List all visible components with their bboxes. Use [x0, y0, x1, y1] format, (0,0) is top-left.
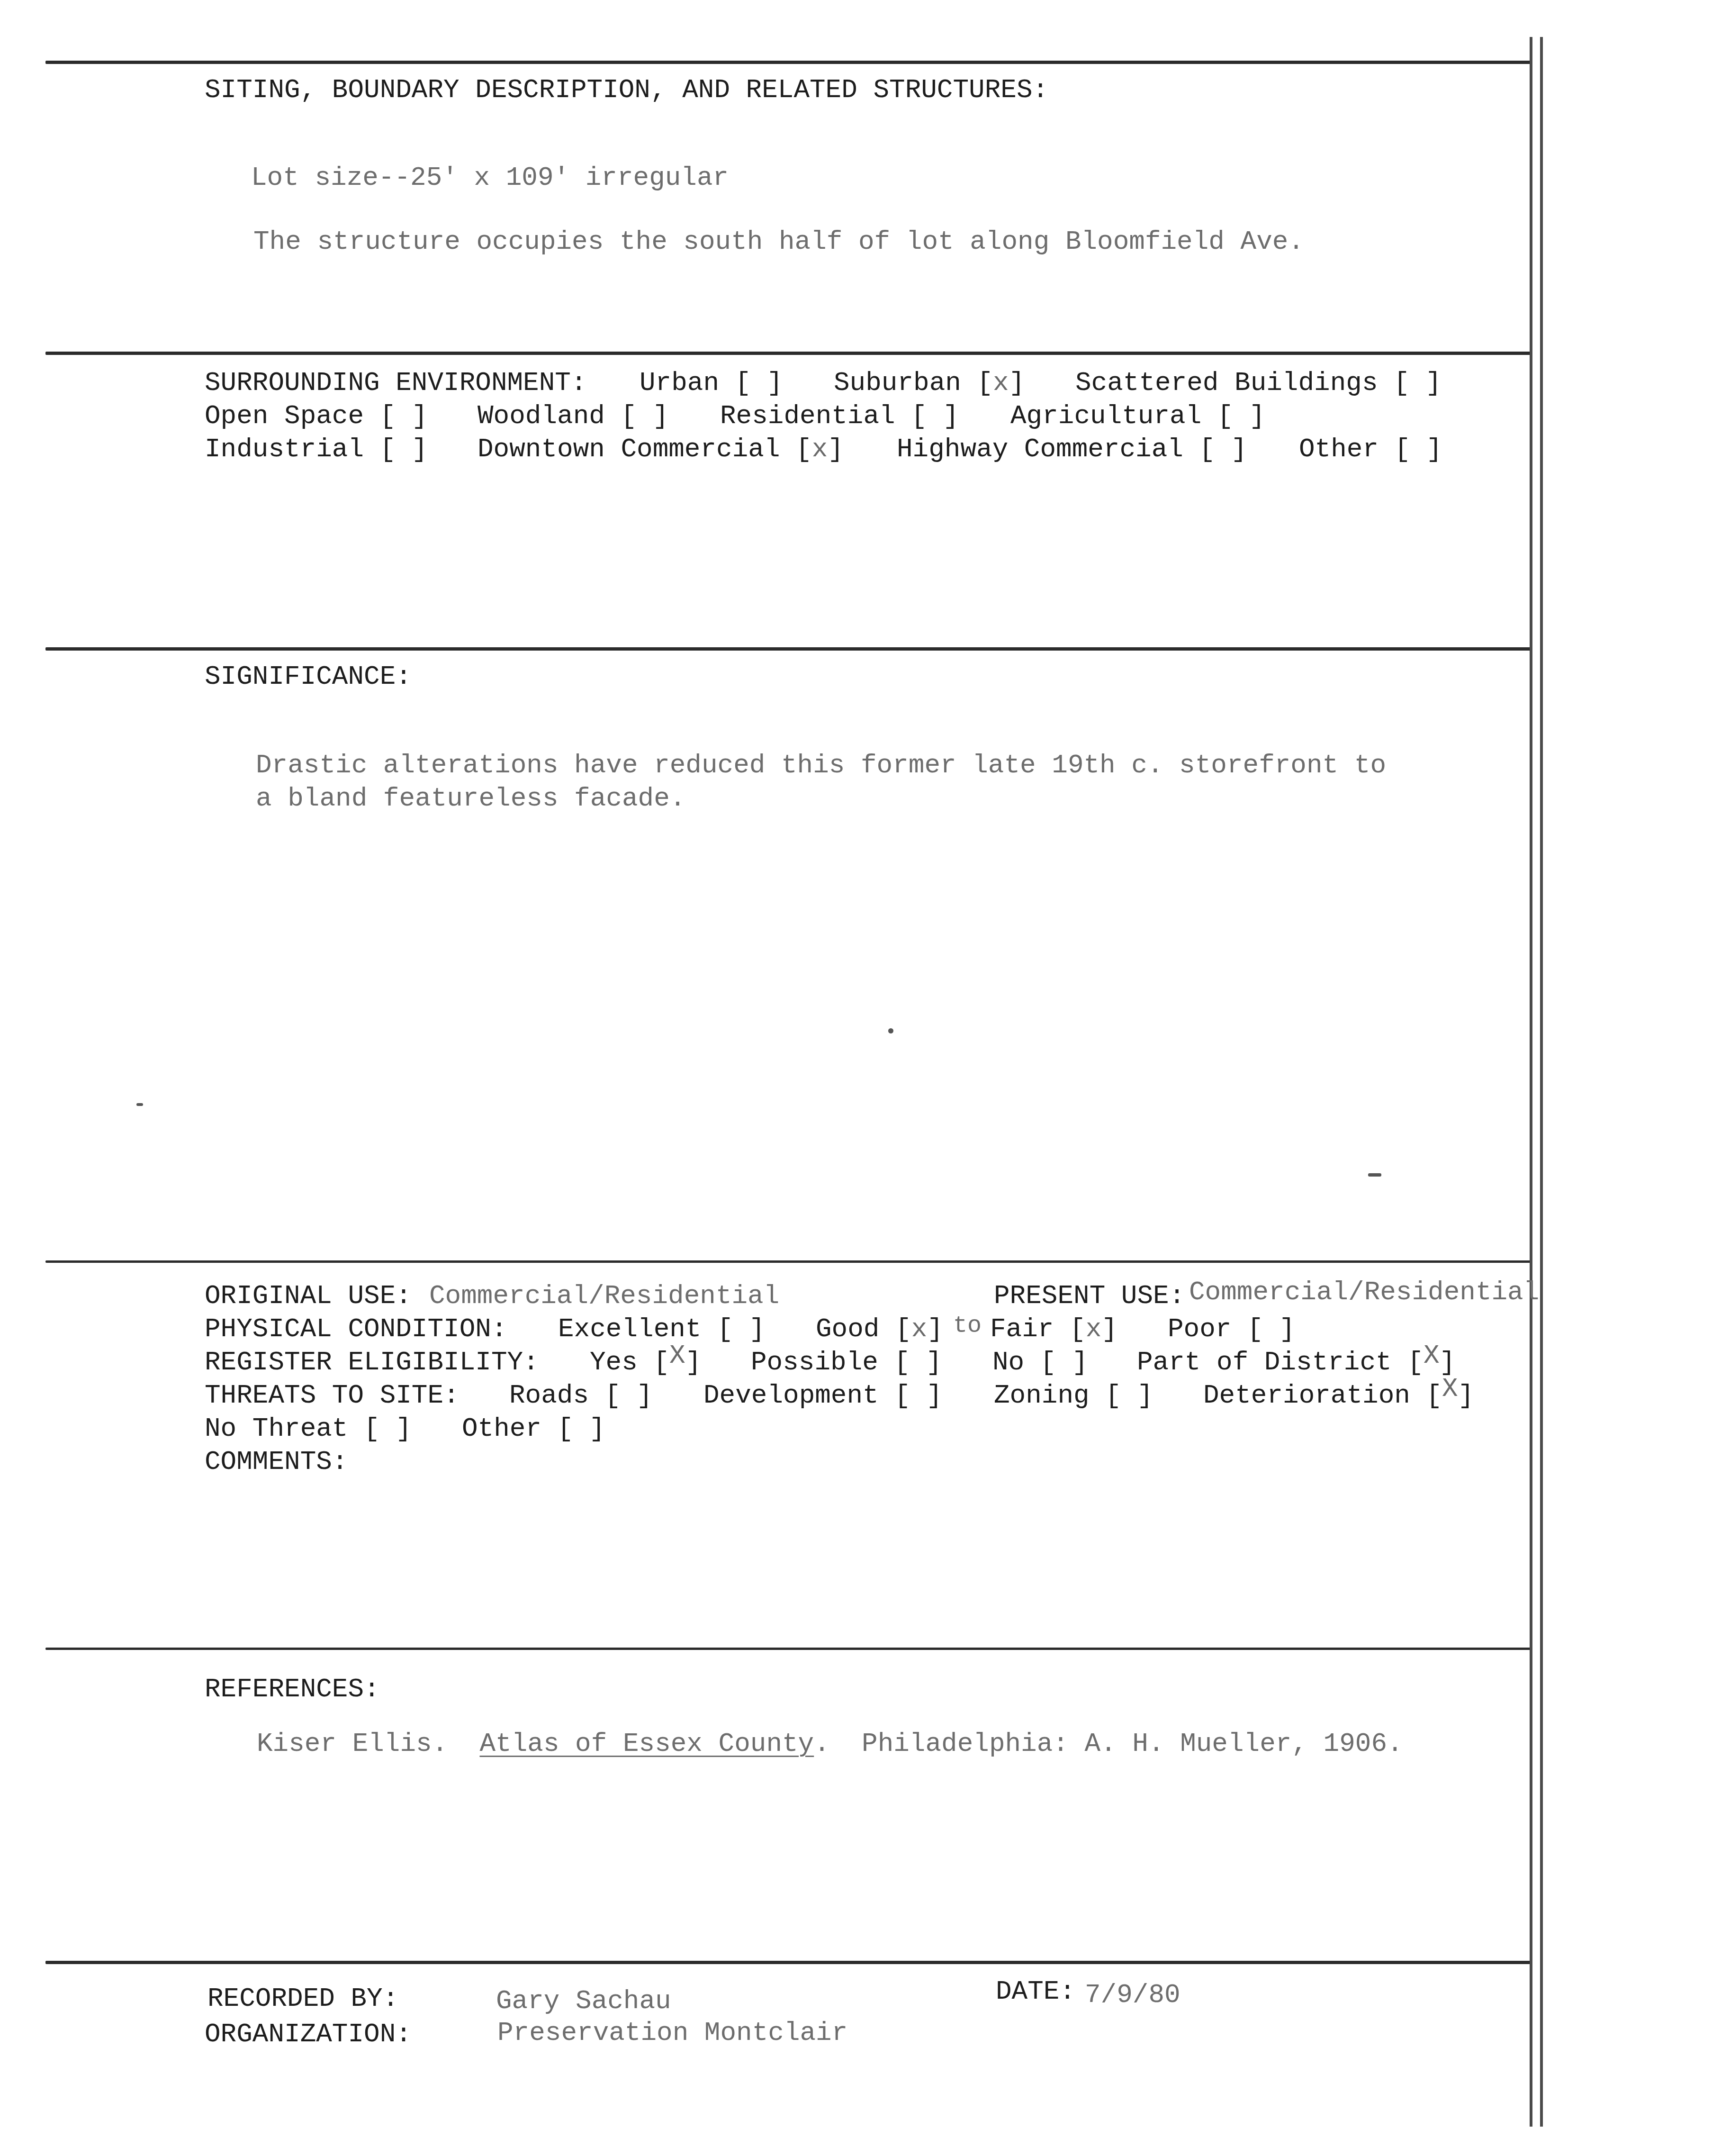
siting-heading: SITING, BOUNDARY DESCRIPTION, AND RELATE… [205, 73, 1048, 107]
checkbox-mark [621, 1380, 637, 1411]
environment-heading: SURROUNDING ENVIRONMENT: [205, 366, 587, 399]
eligibility-option-label: Yes [590, 1347, 638, 1377]
env-option-woodland[interactable]: Woodland [ ] [478, 399, 668, 433]
env-option-label: Scattered Buildings [1075, 368, 1378, 398]
threat-option-label: No Threat [205, 1413, 348, 1444]
env-option-downtown-commercial[interactable]: Downtown Commercial [x] [478, 433, 844, 466]
survey-form-page: SITING, BOUNDARY DESCRIPTION, AND RELATE… [0, 0, 1712, 2156]
checkbox-mark: X [1442, 1374, 1458, 1404]
env-option-urban[interactable]: Urban [ ] [640, 366, 783, 399]
checkbox-mark: x [1086, 1314, 1102, 1344]
recorded-by-label: RECORDED BY: [207, 1982, 398, 2015]
references-heading: REFERENCES: [205, 1673, 380, 1706]
checkbox-mark [751, 368, 767, 398]
condition-option-label: Good [816, 1314, 879, 1344]
section-divider-references [45, 1648, 1532, 1650]
checkbox-mark [910, 1380, 927, 1411]
env-option-residential[interactable]: Residential [ ] [720, 399, 959, 433]
organization-label: ORGANIZATION: [205, 2018, 412, 2051]
env-option-suburban[interactable]: Suburban [x] [834, 366, 1025, 399]
env-option-scattered-buildings[interactable]: Scattered Buildings [ ] [1075, 366, 1442, 399]
right-border-inner [1530, 37, 1532, 2127]
reference-entry: Kiser Ellis. Atlas of Essex County. Phil… [257, 1727, 1403, 1760]
condition-connector-to: to [953, 1310, 982, 1343]
eligibility-option-possible[interactable]: Possible [ ] [751, 1346, 942, 1379]
checkbox-mark: X [669, 1341, 685, 1371]
condition-option-excellent[interactable]: Excellent [ ] [558, 1313, 765, 1346]
checkbox-mark: x [993, 368, 1009, 398]
threat-option-label: Zoning [994, 1380, 1090, 1411]
checkbox-mark [910, 1347, 926, 1377]
register-eligibility-heading: REGISTER ELIGIBILITY: [205, 1346, 539, 1379]
right-border-outer [1540, 37, 1543, 2127]
eligibility-option-label: No [992, 1347, 1024, 1377]
comments-value[interactable] [379, 1445, 1326, 1587]
env-option-label: Industrial [205, 434, 364, 464]
env-option-highway-commercial[interactable]: Highway Commercial [ ] [897, 433, 1247, 466]
checkbox-mark [396, 401, 412, 431]
significance-line-1: Drastic alterations have reduced this fo… [256, 749, 1386, 782]
section-divider-top [45, 61, 1532, 64]
env-option-other[interactable]: Other [ ] [1299, 433, 1442, 466]
env-option-label: Other [1299, 434, 1379, 464]
present-use-value: Commercial/Residential [1189, 1276, 1539, 1309]
eligibility-option-label: Part of District [1137, 1347, 1392, 1377]
scan-speck [888, 1028, 893, 1033]
threat-option-development[interactable]: Development [ ] [703, 1379, 942, 1412]
checkbox-mark [1215, 434, 1231, 464]
condition-option-poor[interactable]: Poor [ ] [1168, 1313, 1295, 1346]
env-option-label: Agricultural [1010, 401, 1201, 431]
threat-option-other[interactable]: Other [ ] [462, 1412, 605, 1445]
checkbox-mark [733, 1314, 749, 1344]
section-divider-significance [45, 647, 1532, 651]
condition-option-fair[interactable]: Fair [x] [990, 1313, 1117, 1346]
eligibility-option-part-of-district[interactable]: Part of District [X] [1137, 1346, 1455, 1379]
checkbox-mark [573, 1413, 589, 1444]
env-option-agricultural[interactable]: Agricultural [ ] [1010, 399, 1265, 433]
condition-option-label: Poor [1168, 1314, 1231, 1344]
checkbox-mark [1410, 368, 1426, 398]
significance-line-2: a bland featureless facade. [256, 782, 685, 815]
threat-option-label: Other [462, 1413, 541, 1444]
reference-title-punct: . [814, 1729, 830, 1759]
section-divider-recorded [45, 1961, 1532, 1964]
section-divider-use [45, 1260, 1532, 1263]
checkbox-mark [1410, 434, 1426, 464]
section-divider-environment [45, 352, 1532, 355]
threat-option-deterioration[interactable]: Deterioration [X] [1203, 1379, 1474, 1412]
checkbox-mark [927, 401, 943, 431]
reference-title: Atlas of Essex County [479, 1729, 814, 1759]
checkbox-mark: x [911, 1314, 928, 1344]
date-label: DATE: [996, 1975, 1075, 2008]
scan-speck [136, 1103, 143, 1106]
threat-option-roads[interactable]: Roads [ ] [509, 1379, 652, 1412]
condition-option-label: Excellent [558, 1314, 701, 1344]
eligibility-option-label: Possible [751, 1347, 878, 1377]
condition-option-label: Fair [990, 1314, 1054, 1344]
env-option-label: Woodland [478, 401, 605, 431]
env-option-industrial[interactable]: Industrial [ ] [205, 433, 428, 466]
threats-heading: THREATS TO SITE: [205, 1379, 460, 1412]
threat-option-label: Deterioration [1203, 1380, 1410, 1411]
condition-option-good[interactable]: Good [x] [816, 1313, 943, 1346]
original-use-label: ORIGINAL USE: [205, 1279, 412, 1313]
eligibility-option-no[interactable]: No [ ] [992, 1346, 1088, 1379]
env-option-open-space[interactable]: Open Space [ ] [205, 399, 428, 433]
checkbox-mark [1121, 1380, 1137, 1411]
recorded-by-value: Gary Sachau [496, 1984, 671, 2018]
threat-option-label: Development [703, 1380, 879, 1411]
scan-speck [1368, 1173, 1381, 1177]
threat-option-no-threat[interactable]: No Threat [ ] [205, 1412, 412, 1445]
checkbox-mark [1263, 1314, 1279, 1344]
organization-value: Preservation Montclair [497, 2016, 847, 2049]
env-option-label: Open Space [205, 401, 364, 431]
env-option-label: Downtown Commercial [478, 434, 780, 464]
checkbox-mark [1056, 1347, 1072, 1377]
env-option-label: Residential [720, 401, 895, 431]
reference-publisher: Philadelphia: A. H. Mueller, 1906. [862, 1729, 1403, 1759]
env-option-label: Urban [640, 368, 719, 398]
checkbox-mark: X [1424, 1341, 1440, 1371]
threat-option-zoning[interactable]: Zoning [ ] [994, 1379, 1153, 1412]
threat-option-label: Roads [509, 1380, 589, 1411]
env-option-label: Suburban [834, 368, 961, 398]
checkbox-mark: x [812, 434, 828, 464]
reference-author: Kiser Ellis. [257, 1729, 448, 1759]
siting-description-text: The structure occupies the south half of… [253, 225, 1304, 258]
significance-heading: SIGNIFICANCE: [205, 660, 412, 693]
physical-condition-heading: PHYSICAL CONDITION: [205, 1313, 507, 1346]
eligibility-option-yes[interactable]: Yes [X] [590, 1346, 701, 1379]
checkbox-mark [396, 434, 412, 464]
env-option-label: Highway Commercial [897, 434, 1183, 464]
checkbox-mark [1233, 401, 1249, 431]
original-use-value: Commercial/Residential [429, 1279, 779, 1313]
date-value: 7/9/80 [1085, 1978, 1180, 2011]
present-use-label: PRESENT USE: [994, 1279, 1185, 1313]
checkbox-mark [380, 1413, 396, 1444]
lot-size-text: Lot size--25' x 109' irregular [251, 161, 729, 194]
checkbox-mark [637, 401, 653, 431]
comments-heading: COMMENTS: [205, 1445, 348, 1478]
